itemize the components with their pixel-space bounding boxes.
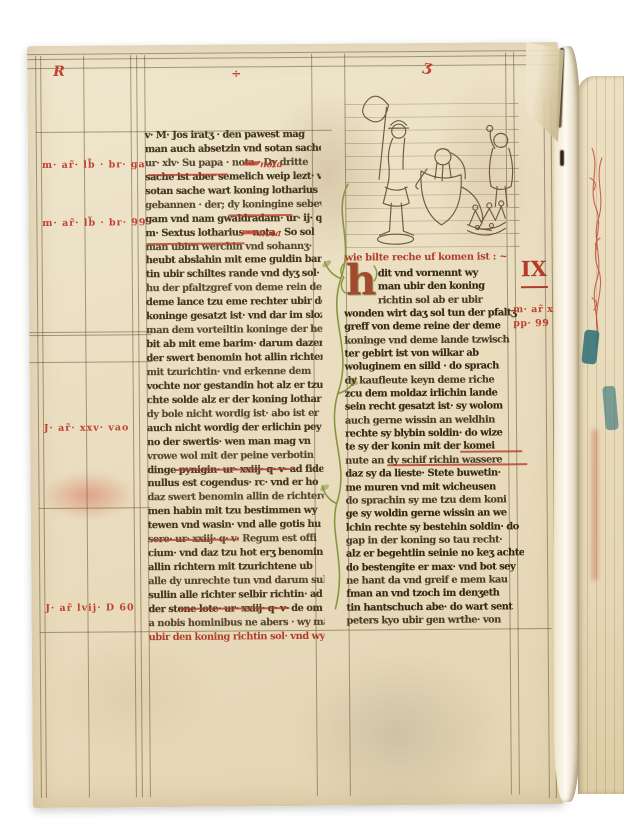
text-line: fman an vnd tzoch im denʒeth	[346, 586, 524, 601]
text-line: gap in der koning so tau recht·	[346, 533, 524, 548]
text-line: hu der pfaltzgref von deme rein der	[146, 281, 322, 296]
illustration-drawing	[342, 90, 521, 253]
text-line: a nobis hominibus ne abers · wy mã	[149, 616, 325, 631]
text-line: man auch absetzin vnd sotan sache	[145, 142, 321, 157]
text-line: chte solde alz er der koning lothar wol	[147, 393, 323, 408]
nota-mark: nota	[242, 160, 283, 170]
next-folio-red-showthrough	[592, 430, 598, 580]
text-line: auch nicht wordig der erlichin pey	[147, 420, 323, 435]
margin-note: J· ar̃· xxv· vao	[44, 422, 129, 434]
text-line: ge sy woldin gerne wissin an we	[346, 506, 524, 521]
margin-note: m· ar̃· lb̃ · br· ga	[42, 159, 146, 171]
chapter-numeral-underline	[521, 286, 548, 288]
text-line: woluginem en silld · do sprach	[344, 360, 522, 375]
text-line: der swert benomin hot allin richtern	[146, 351, 322, 366]
edge-crack-small	[560, 150, 564, 166]
nota-mark: nota	[240, 229, 281, 239]
text-line: koninge gesatzt ist· vnd dar im sloz	[146, 309, 322, 324]
text-line: daz sy da lieste· Stete buwetin·	[345, 466, 523, 481]
text-line: ubir den koning richtin sol· vnd wye	[149, 630, 325, 645]
text-line: vrowe wol mit der peine verbotin	[147, 448, 323, 463]
text-line: lchin rechte sy bestehin soldin· do	[346, 520, 524, 535]
quire-mark-left: R	[53, 64, 65, 80]
chapter-numeral: IX	[521, 256, 547, 281]
text-line: tin hantschuch abe· do wart sent	[346, 600, 524, 615]
text-line: do bestengite er max· vnd bot sey	[346, 560, 524, 575]
text-line: peters kyo ubir gen wrthe· von	[346, 613, 524, 628]
text-line: man ubir den koning	[344, 280, 522, 295]
text-line: men habin mit tzu bestimmen wy	[148, 504, 324, 519]
text-line: me muren vnd mit wicheusen	[345, 480, 523, 495]
red-underlines	[27, 42, 558, 46]
text-line: wonden wirt daʒ sol tun der pfaltʒ	[344, 306, 522, 321]
text-line: alle dy unrechte tun vnd darum sulle	[148, 574, 324, 589]
nota-marks: notanota	[27, 42, 558, 46]
manuscript-photo: R ÷ ʒ m· ar̃· lb̃ · br· gam· ar̃· lb̃ · …	[0, 0, 624, 840]
text-line: gebannen · der; dy koningine sebev	[145, 197, 321, 212]
text-line: no der swertis· wen man mag vn	[147, 434, 323, 449]
quire-mark-right: ʒ	[422, 56, 433, 75]
text-line: rechte sy blybin soldin· do wize	[345, 426, 523, 441]
text-line: vochte nor gestandin hot alz er tzure	[147, 379, 323, 394]
text-line: deme lance tzu eme rechter ubir den	[146, 295, 322, 310]
text-line: greff von deme reine der deme	[344, 320, 522, 335]
text-line: do sprachin sy me tzu dem koni	[346, 493, 524, 508]
left-margin-notes: m· ar̃· lb̃ · br· gam· ar̃· lb̃ · br· 99…	[27, 42, 558, 46]
text-line: zcu dem moldaz irlichin lande	[345, 386, 523, 401]
text-line: mit tzurichtin· vnd erkenne dem	[147, 365, 323, 380]
ruling-lines	[27, 42, 558, 46]
text-line: dy kaufleute keyn deme riche	[345, 373, 523, 388]
text-line: alz er begehtlin seinie no keʒ achte	[346, 546, 524, 561]
text-line: ter gebirt ist von wilkar ab	[344, 346, 522, 361]
text-line: daz swert benomin allin de richtere na	[148, 490, 324, 505]
text-line: dit vnd vornennt wy	[344, 266, 522, 281]
text-line: nullus est cogendus· rc· vnd er ho	[147, 476, 323, 491]
text-line: koninge vnd deme lande tzwisch	[344, 333, 522, 348]
text-line: sein recht gesatzt ist· sy wolom	[345, 400, 523, 415]
text-line: man dem vorteiltin koninge der hen	[146, 323, 322, 338]
left-text-column: v· M· Jos iratʒ · den pawest magman auch…	[145, 128, 325, 645]
manuscript-page: R ÷ ʒ m· ar̃· lb̃ · br· gam· ar̃· lb̃ · …	[27, 42, 564, 808]
next-folio-red-penwork-icon	[584, 148, 610, 348]
text-line: m· Sextus lotharius · nota · So sol	[145, 225, 321, 240]
text-line: te sy der konin mit der komei	[345, 440, 523, 455]
text-line: sache ist aber semelich weip lezt· vn	[145, 170, 321, 185]
right-text-column: dit vnd vornennt wyman ubir den koningri…	[344, 266, 525, 628]
text-line: tin ubir schiltes rande vnd dyʒ sol·	[146, 267, 322, 282]
text-line: cium· vnd daz tzu hot erʒ benomin	[148, 546, 324, 561]
right-margin-note-line2: pp· 99	[513, 318, 549, 329]
text-line: nute an dy schif richin wassere	[345, 453, 523, 468]
text-line: ur· xlv· Su papa · nota · Dy dritte	[145, 156, 321, 171]
page-fore-edge	[554, 46, 580, 802]
text-line: heubt abslahin mit eme guldin bar	[146, 253, 322, 268]
text-line: dy bole nicht wordig ist· abo ist er	[147, 407, 323, 422]
text-line: v· M· Jos iratʒ · den pawest mag	[145, 128, 321, 143]
text-line: sotan sache wart koning lotharius	[145, 184, 321, 199]
red-ink-smudge	[40, 471, 135, 520]
quire-mark-center: ÷	[231, 66, 241, 80]
text-line: bit ab mit eme barim· darum dazer	[146, 337, 322, 352]
text-line: sullin alle richter selbir richtin· ad	[148, 588, 324, 603]
text-line: allin richtern mit tzurichtene ub	[148, 560, 324, 575]
text-line: richtin sol ab er ubir	[344, 293, 522, 308]
margin-note: m· ar̃· lb̃ · br· 99	[42, 217, 146, 229]
text-line: auch gerne wissin an weldhin	[345, 413, 523, 428]
text-line: tewen vnd wasin· vnd alle gotis hu	[148, 518, 324, 533]
text-line: ne hant da vnd greif e mem kau	[346, 573, 524, 588]
margin-note: J· ar̃ lvij· D 60	[45, 602, 134, 614]
